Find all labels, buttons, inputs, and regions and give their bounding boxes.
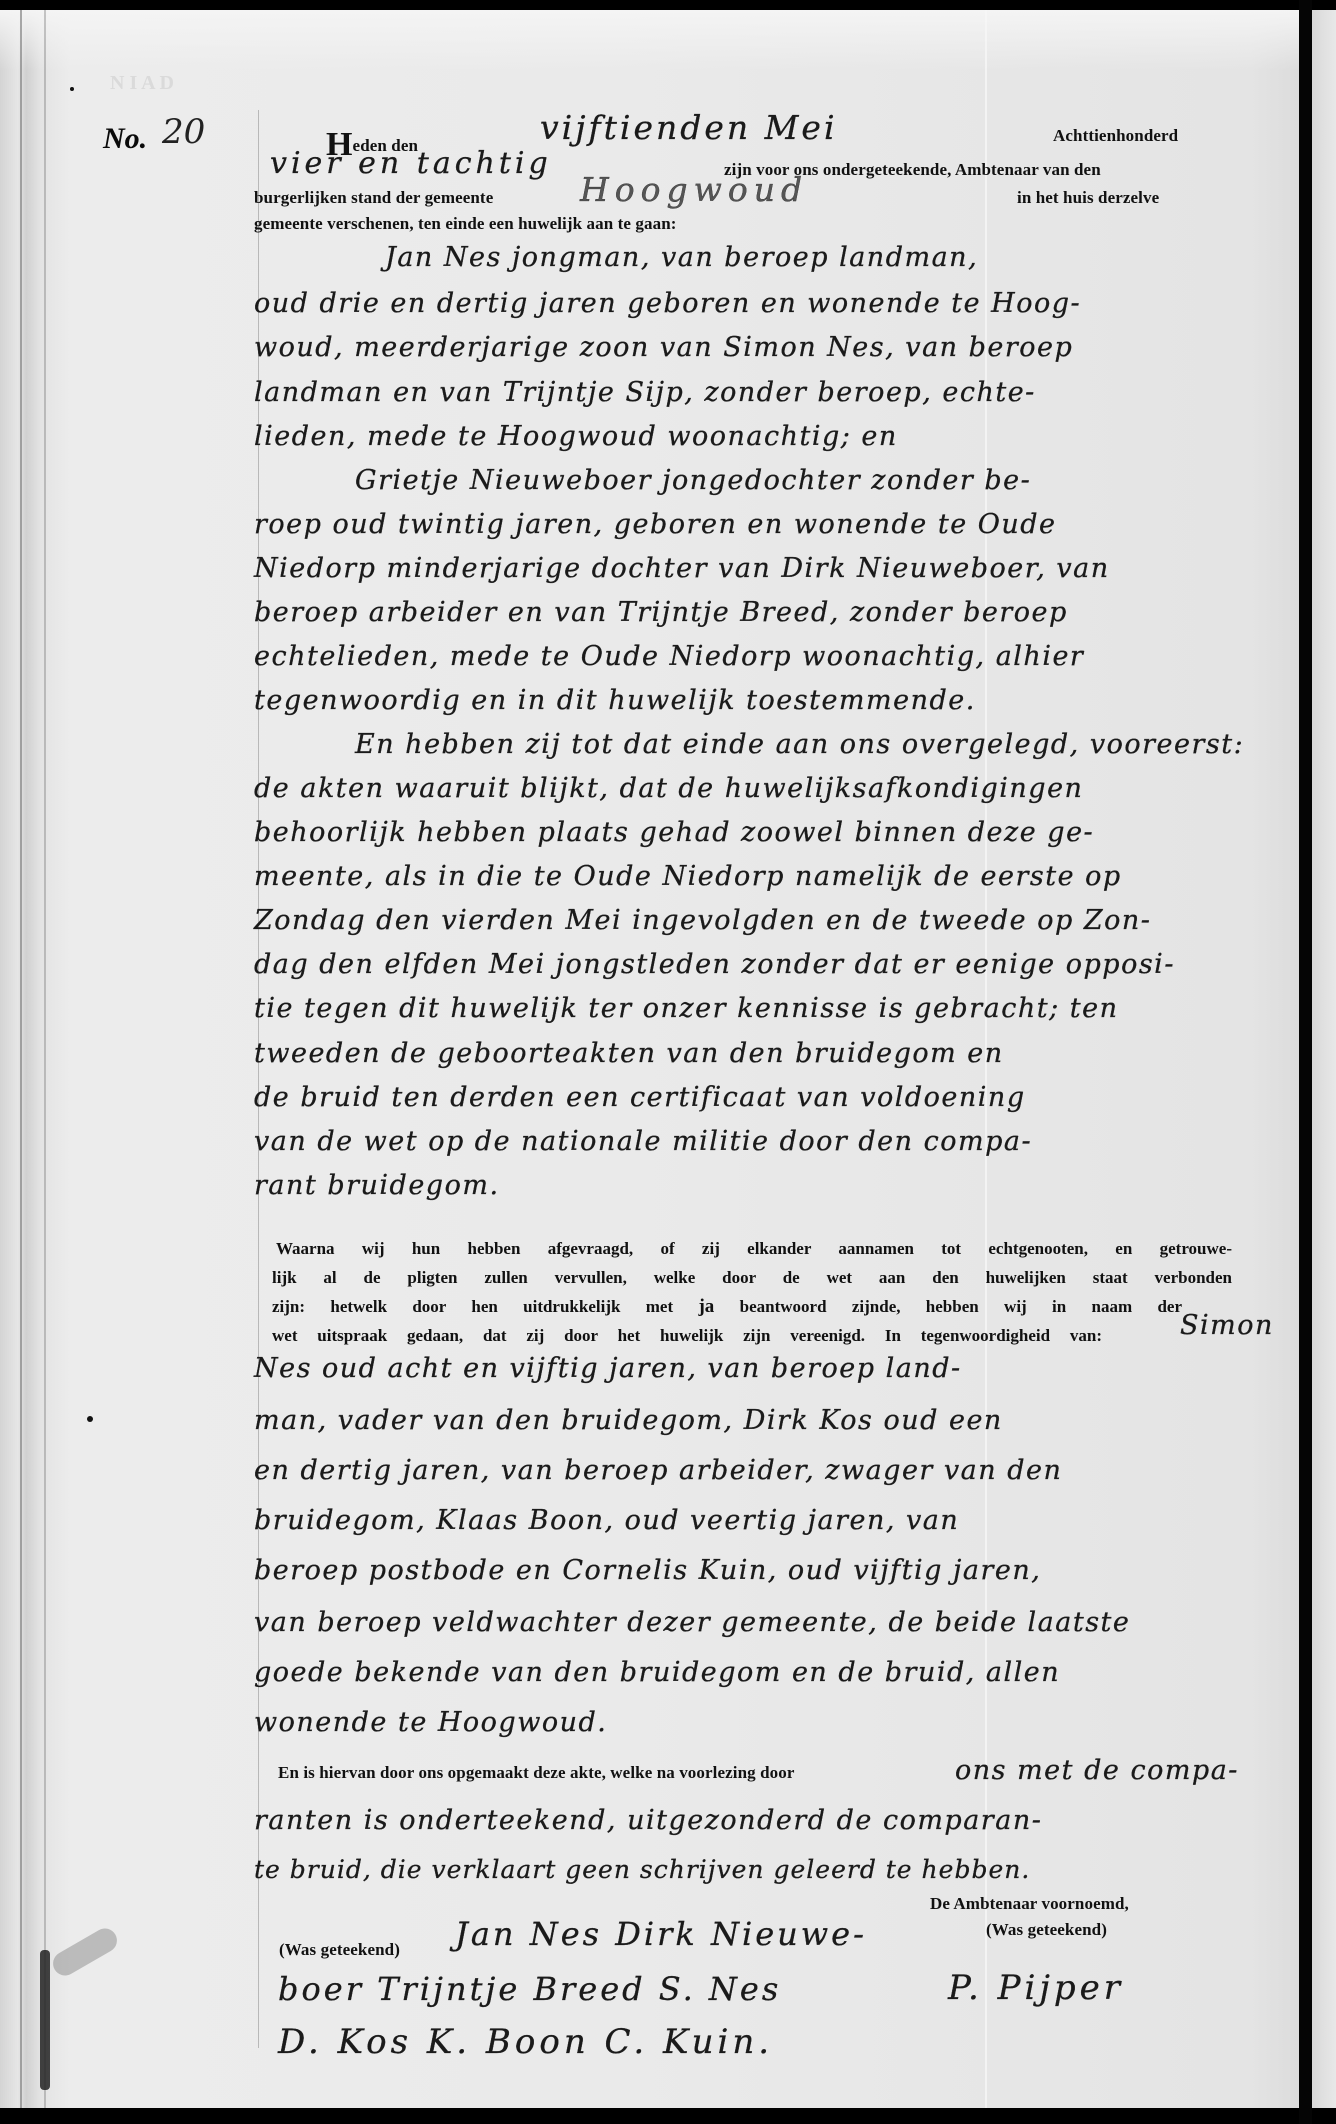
year-handwritten: vier en tachtig (270, 146, 552, 181)
page-top-shade (0, 10, 1299, 70)
body-line: tie tegen dit huwelijk ter onzer kenniss… (254, 993, 1118, 1024)
printed-consent-block: Waarna wij hun hebben afgevraagd, of zij… (272, 1234, 1232, 1350)
closing-handwritten-line: ranten is onderteekend, uitgezonderd de … (254, 1805, 1042, 1836)
witness-line: man, vader van den bruidegom, Dirk Kos o… (254, 1405, 1003, 1436)
witness-line: en dertig jaren, van beroep arbeider, zw… (254, 1455, 1062, 1486)
closing-printed: En is hiervan door ons opgemaakt deze ak… (278, 1763, 794, 1783)
document-page: N I A D No. 20 Heden den vijftienden Mei… (0, 10, 1299, 2108)
page-gutter (1299, 0, 1312, 2124)
bleed-through-text: N I A D (110, 72, 174, 95)
record-number-label: No. (103, 122, 147, 156)
binding-line (20, 10, 22, 2108)
printed-block-line: Waarna wij hun hebben afgevraagd, of zij… (272, 1234, 1232, 1263)
body-line: de bruid ten derden een certificaat van … (254, 1082, 1026, 1113)
witness-line: Nes oud acht en vijftig jaren, van beroe… (254, 1353, 962, 1384)
year-printed: Achttienhonderd (1053, 126, 1178, 146)
printed-line-3-left: burgerlijken stand der gemeente (254, 188, 493, 208)
witness-line: beroep postbode en Cornelis Kuin, oud vi… (254, 1555, 1041, 1586)
printed-block-line: lijk al de pligten zullen vervullen, wel… (272, 1263, 1232, 1292)
binding-line (44, 10, 46, 2108)
printed-block-line: zijn: hetwelk door hen uitdrukkelijk met… (272, 1292, 1182, 1321)
printed-text: zijn: hetwelk door hen uitdrukkelijk met (272, 1297, 673, 1316)
ink-stain (40, 1950, 50, 2090)
printed-line-3-right: in het huis derzelve (1017, 188, 1159, 208)
official-title: De Ambtenaar voornoemd, (930, 1894, 1129, 1914)
body-line: landman en van Trijntje Sijp, zonder ber… (254, 377, 1036, 408)
date-handwritten: vijftienden Mei (540, 108, 838, 147)
printed-text: beantwoord zijnde, hebben wij in naam de… (740, 1297, 1182, 1316)
ink-dot (70, 87, 74, 91)
body-line: tweeden de geboorteakten van den bruideg… (254, 1038, 1004, 1069)
body-line: beroep arbeider en van Trijntje Breed, z… (254, 597, 1068, 628)
adjacent-page-edge (1312, 10, 1336, 2108)
body-line: lieden, mede te Hoogwoud woonachtig; en (254, 421, 898, 452)
witness-line: bruidegom, Klaas Boon, oud veertig jaren… (254, 1505, 959, 1536)
body-line: En hebben zij tot dat einde aan ons over… (355, 729, 1244, 760)
body-line: Grietje Nieuweboer jongedochter zonder b… (355, 465, 1031, 496)
body-line: rant bruidegom. (254, 1170, 500, 1201)
body-line: tegenwoordig en in dit huwelijk toestemm… (254, 685, 976, 716)
body-line: meente, als in die te Oude Niedorp namel… (254, 861, 1122, 892)
official-signature: P. Pijper (948, 1968, 1124, 2008)
body-line: oud drie en dertig jaren geboren en wone… (254, 288, 1081, 319)
body-line: behoorlijk hebben plaats gehad zoowel bi… (254, 817, 1094, 848)
witness-line: goede bekende van den bruidegom en de br… (254, 1657, 1060, 1688)
closing-handwritten-line: ons met de compa- (955, 1755, 1239, 1786)
ink-dot (87, 1416, 93, 1422)
ink-stain (49, 1924, 122, 1980)
body-line: de akten waaruit blijkt, dat de huwelijk… (254, 773, 1083, 804)
official-was-geteekend: (Was geteekend) (986, 1920, 1107, 1940)
printed-line-4: gemeente verschenen, ten einde een huwel… (254, 214, 677, 234)
closing-handwritten-line: te bruid, die verklaart geen schrijven g… (254, 1855, 1030, 1884)
body-line: van de wet op de nationale militie door … (254, 1126, 1032, 1157)
body-line: roep oud twintig jaren, geboren en wonen… (254, 509, 1057, 540)
witness-line: wonende te Hoogwoud. (254, 1707, 607, 1738)
printed-block-line: wet uitspraak gedaan, dat zij door het h… (272, 1321, 1102, 1350)
signature-line: boer Trijntje Breed S. Nes (278, 1970, 781, 2008)
signature-line: D. Kos K. Boon C. Kuin. (278, 2022, 773, 2062)
body-line: woud, meerderjarige zoon van Simon Nes, … (254, 332, 1073, 363)
body-line: Jan Nes jongman, van beroep landman, (385, 242, 978, 273)
witness-start-handwritten: Simon (1180, 1310, 1274, 1341)
parties-was-geteekend: (Was geteekend) (279, 1940, 400, 1960)
body-line: Zondag den vierden Mei ingevolgden en de… (254, 905, 1151, 936)
record-number: 20 (162, 112, 205, 152)
signature-line: Jan Nes Dirk Nieuwe- (455, 1915, 867, 1953)
ja-emphasis: ja (698, 1296, 714, 1317)
municipality-handwritten: Hoogwoud (580, 170, 808, 209)
body-line: dag den elfden Mei jongstleden zonder da… (254, 949, 1175, 980)
witness-line: van beroep veldwachter dezer gemeente, d… (254, 1607, 1130, 1638)
body-line: echtelieden, mede te Oude Niedorp woonac… (254, 641, 1084, 672)
body-line: Niedorp minderjarige dochter van Dirk Ni… (254, 553, 1110, 584)
